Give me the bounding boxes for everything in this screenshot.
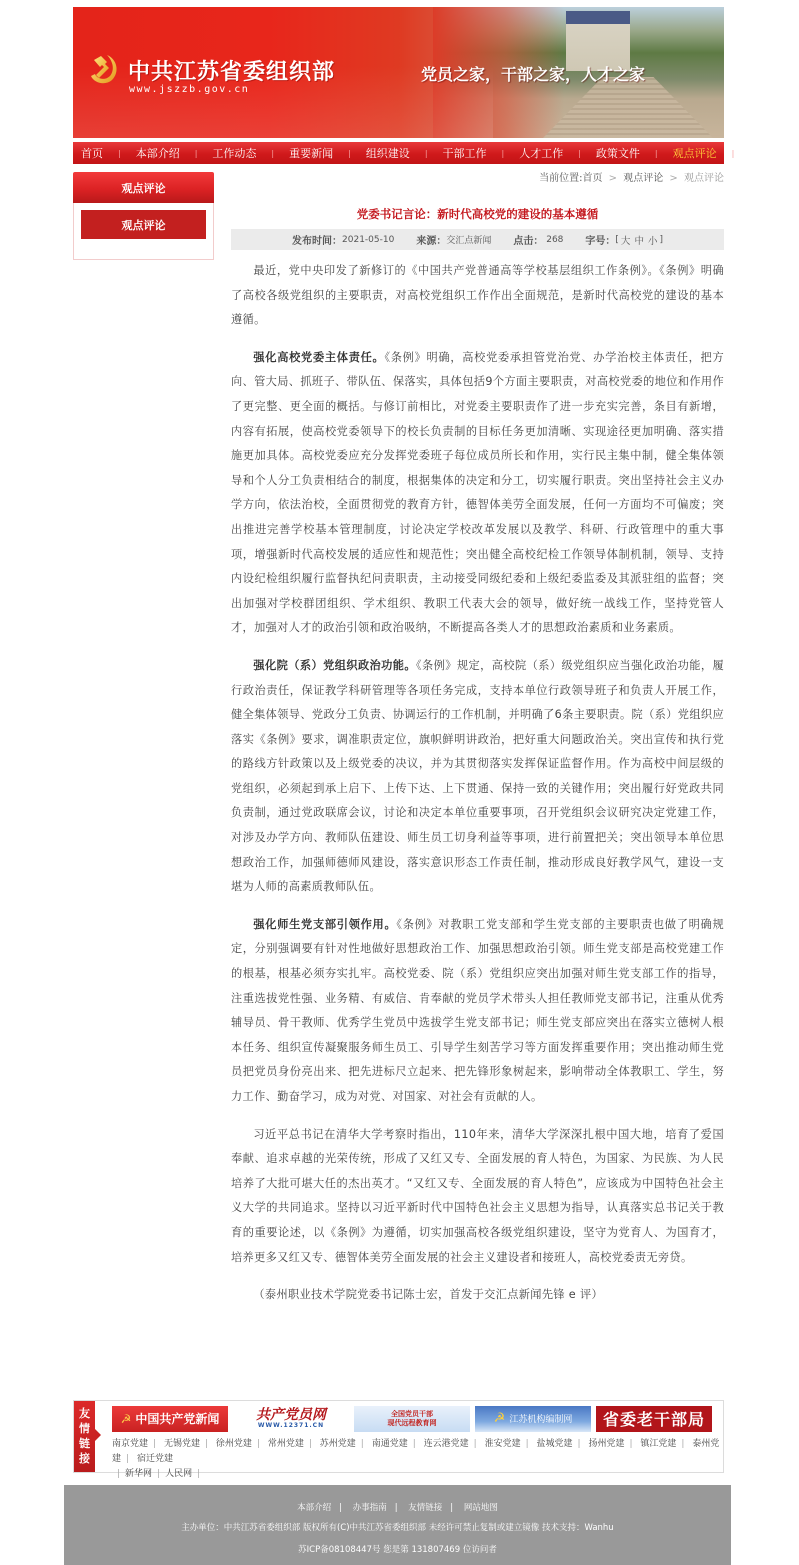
nav-item-policy-docs[interactable]: 政策文件: [596, 145, 640, 161]
hits-count: 268: [546, 235, 563, 245]
logo-link-remote-education[interactable]: 全国党员干部 现代远程教育网: [354, 1406, 470, 1432]
logo-link-cpc-news[interactable]: ☭ 中国共产党新闻: [112, 1406, 228, 1432]
link-separator: |: [205, 1439, 208, 1449]
article-body: 最近，党中央印发了新修订的《中国共产党普通高等学校基层组织工作条例》。《条例》明…: [231, 259, 724, 1308]
nav-separator: |: [502, 149, 505, 158]
site-url: www.jszzb.gov.cn: [129, 84, 249, 95]
nav-separator: |: [732, 149, 735, 158]
footer-separator: |: [395, 1503, 398, 1513]
link-nanjing[interactable]: 南京党建: [112, 1439, 148, 1449]
link-separator: |: [526, 1439, 529, 1449]
link-separator: |: [361, 1439, 364, 1449]
logo-label: 中国共产党新闻: [135, 1410, 219, 1427]
paragraph-lead: 强化师生党支部引领作用。: [253, 918, 396, 931]
link-huaian[interactable]: 淮安党建: [485, 1439, 521, 1449]
footer-links: 本部介绍| 办事指南| 友情链接| 网站地图: [64, 1501, 731, 1513]
breadcrumb: 当前位置:首页 > 观点评论 > 观点评论: [231, 172, 724, 186]
publish-date-label: 发布时间：: [292, 232, 342, 247]
paragraph-text: 最近，党中央印发了新修订的《中国共产党普通高等学校基层组织工作条例》。《条例》明…: [231, 264, 724, 326]
sidebar: 观点评论 观点评论: [73, 172, 214, 1321]
friend-links-tag: 友 情 链 接: [74, 1401, 95, 1472]
paragraph-text: 《条例》规定，高校院（系）级党组织应当强化政治功能，履行政治责任，保证教学科研管…: [231, 659, 724, 893]
link-changzhou[interactable]: 常州党建: [268, 1439, 304, 1449]
paragraph-lead: 强化高校党委主体责任。: [253, 351, 384, 364]
source-value: 交汇点新闻: [446, 233, 491, 246]
link-separator: |: [153, 1439, 156, 1449]
article-title: 党委书记言论：新时代高校党的建设的基本遵循: [231, 206, 724, 222]
nav-item-about[interactable]: 本部介绍: [136, 145, 180, 161]
banner-slogan: 党员之家，干部之家，人才之家: [421, 62, 645, 85]
publish-date: 2021-05-10: [342, 235, 394, 245]
logo-link-jiangsu-staffing[interactable]: ☭ 江苏机构编制网: [475, 1406, 591, 1432]
breadcrumb-separator: >: [609, 173, 617, 184]
link-separator: |: [197, 1469, 200, 1479]
party-emblem-icon: [87, 52, 121, 86]
footer-separator: |: [450, 1503, 453, 1513]
article-paragraph: 强化院（系）党组织政治功能。《条例》规定，高校院（系）级党组织应当强化政治功能，…: [231, 654, 724, 900]
breadcrumb-current: 观点评论: [684, 173, 724, 184]
link-wuxi[interactable]: 无锡党建: [164, 1439, 200, 1449]
nav-item-org-building[interactable]: 组织建设: [366, 145, 410, 161]
logo-sublabel: WWW.12371.CN: [258, 1422, 324, 1430]
nav-separator: |: [655, 149, 658, 158]
visitor-suffix: 位访问者: [463, 1545, 497, 1555]
link-zhenjiang[interactable]: 镇江党建: [640, 1439, 676, 1449]
hits-label: 点击：: [513, 232, 543, 247]
friend-links-body: ☭ 中国共产党新闻 共产党员网 WWW.12371.CN 全国党员干部 现代远程…: [95, 1401, 723, 1472]
footer-separator: |: [339, 1503, 342, 1513]
logo-label: 全国党员干部: [391, 1410, 433, 1419]
nav-separator: |: [118, 149, 121, 158]
visitor-count: 131807469: [411, 1545, 460, 1555]
link-separator: |: [309, 1439, 312, 1449]
logo-link-12371[interactable]: 共产党员网 WWW.12371.CN: [233, 1406, 349, 1432]
link-separator: |: [257, 1439, 260, 1449]
nav-separator: |: [195, 149, 198, 158]
link-separator: |: [629, 1439, 632, 1449]
nav-separator: |: [271, 149, 274, 158]
article-meta-bar: 发布时间：2021-05-10 来源：交汇点新闻 点击： 268 字号： [ 大…: [231, 229, 724, 250]
nav-item-important-news[interactable]: 重要新闻: [289, 145, 333, 161]
paragraph-text: 习近平总书记在清华大学考察时指出，110年来，清华大学深深扎根中国大地，培育了爱…: [231, 1128, 724, 1264]
link-people[interactable]: 人民网: [165, 1469, 192, 1479]
paragraph-lead: 强化院（系）党组织政治功能。: [253, 659, 416, 672]
site-title: 中共江苏省委组织部: [128, 55, 335, 86]
nav-item-cadre-work[interactable]: 干部工作: [443, 145, 487, 161]
link-suqian[interactable]: 宿迁党建: [137, 1454, 173, 1464]
font-size-medium-button[interactable]: 中: [634, 233, 644, 247]
logo-label: 共产党员网: [256, 1408, 326, 1422]
footer-link-sitemap[interactable]: 网站地图: [464, 1503, 498, 1513]
footer-link-guide[interactable]: 办事指南: [353, 1503, 387, 1513]
tag-char: 接: [79, 1451, 90, 1466]
source-label: 来源：: [416, 232, 446, 247]
link-separator: |: [126, 1454, 129, 1464]
footer-link-about[interactable]: 本部介绍: [297, 1503, 331, 1513]
sidebar-item-opinion[interactable]: 观点评论: [81, 210, 206, 239]
paragraph-text: 《条例》对教职工党支部和学生党支部的主要职责也做了明确规定，分别强调要有针对性地…: [231, 918, 724, 1103]
nav-item-talent-work[interactable]: 人才工作: [519, 145, 563, 161]
article-paragraph: 最近，党中央印发了新修订的《中国共产党普通高等学校基层组织工作条例》。《条例》明…: [231, 259, 724, 333]
article-paragraph: 强化高校党委主体责任。《条例》明确，高校党委承担管党治党、办学治校主体责任，把方…: [231, 346, 724, 641]
link-lianyungang[interactable]: 连云港党建: [424, 1439, 469, 1449]
party-emblem-icon: ☭: [121, 1412, 132, 1426]
tag-char: 链: [79, 1436, 90, 1451]
logo-link-retired-cadres-bureau[interactable]: 省委老干部局: [596, 1406, 712, 1432]
nav-item-work-news[interactable]: 工作动态: [212, 145, 256, 161]
font-size-large-button[interactable]: 大: [621, 233, 631, 247]
tag-char: 情: [79, 1421, 90, 1436]
link-separator: |: [117, 1469, 120, 1479]
main-nav: 首页 | 本部介绍 | 工作动态 | 重要新闻 | 组织建设 | 干部工作 | …: [73, 142, 724, 164]
link-separator: |: [681, 1439, 684, 1449]
link-xinhua[interactable]: 新华网: [125, 1469, 152, 1479]
link-yangzhou[interactable]: 扬州党建: [588, 1439, 624, 1449]
font-size-small-button[interactable]: 小: [648, 233, 658, 247]
font-size-label: 字号：: [585, 232, 615, 247]
link-nantong[interactable]: 南通党建: [372, 1439, 408, 1449]
footer-link-friends[interactable]: 友情链接: [408, 1503, 442, 1513]
site-banner: 中共江苏省委组织部 www.jszzb.gov.cn 党员之家，干部之家，人才之…: [73, 7, 724, 138]
article-signature: （泰州职业技术学院党委书记陈士宏，首发于交汇点新闻先锋 e 评）: [231, 1283, 724, 1308]
sidebar-heading: 观点评论: [73, 172, 214, 203]
nav-separator: |: [348, 149, 351, 158]
link-yancheng[interactable]: 盐城党建: [537, 1439, 573, 1449]
link-separator: |: [413, 1439, 416, 1449]
logo-label: 江苏机构编制网: [509, 1412, 572, 1425]
article-paragraph: 强化师生党支部引领作用。《条例》对教职工党支部和学生党支部的主要职责也做了明确规…: [231, 913, 724, 1110]
font-bracket-close: ]: [659, 235, 663, 245]
icp-number[interactable]: 苏ICP备08108447号: [298, 1545, 380, 1555]
text-links: 南京党建| 无锡党建| 徐州党建| 常州党建| 苏州党建| 南通党建| 连云港党…: [112, 1437, 723, 1482]
visitor-prefix: 您是第: [383, 1545, 409, 1555]
article-paragraph: 习近平总书记在清华大学考察时指出，110年来，清华大学深深扎根中国大地，培育了爱…: [231, 1123, 724, 1271]
main-content: 当前位置:首页 > 观点评论 > 观点评论 党委书记言论：新时代高校党的建设的基…: [214, 172, 724, 1321]
party-emblem-icon: ☭: [494, 1411, 506, 1426]
logo-sublabel: 现代远程教育网: [388, 1419, 437, 1428]
breadcrumb-opinion[interactable]: 观点评论: [623, 173, 663, 184]
breadcrumb-separator: >: [669, 173, 677, 184]
nav-item-opinion[interactable]: 观点评论: [673, 145, 717, 161]
breadcrumb-prefix: 当前位置:: [539, 173, 582, 184]
link-xuzhou[interactable]: 徐州党建: [216, 1439, 252, 1449]
font-bracket-open: [: [615, 235, 619, 245]
nav-item-retired-cadres[interactable]: 老干部工作: [749, 145, 799, 161]
nav-item-home[interactable]: 首页: [81, 145, 103, 161]
link-separator: |: [578, 1439, 581, 1449]
tag-char: 友: [79, 1406, 90, 1421]
link-suzhou[interactable]: 苏州党建: [320, 1439, 356, 1449]
breadcrumb-home[interactable]: 首页: [582, 173, 602, 184]
partner-logo-row: ☭ 中国共产党新闻 共产党员网 WWW.12371.CN 全国党员干部 现代远程…: [112, 1406, 723, 1432]
paragraph-text: 《条例》明确，高校党委承担管党治党、办学治校主体责任，把方向、管大局、抓班子、带…: [231, 351, 724, 635]
footer-icp-line: 苏ICP备08108447号 您是第 131807469 位访问者: [64, 1543, 731, 1555]
nav-separator: |: [425, 149, 428, 158]
footer-sponsor: 主办单位：中共江苏省委组织部 版权所有(C)中共江苏省委组织部 未经许可禁止复制…: [64, 1521, 731, 1533]
link-separator: |: [474, 1439, 477, 1449]
friend-links-panel: 友 情 链 接 ☭ 中国共产党新闻 共产党员网 WWW.12371.CN 全国党…: [73, 1400, 724, 1473]
nav-separator: |: [578, 149, 581, 158]
logo-label: 省委老干部局: [603, 1407, 705, 1430]
sidebar-menu: 观点评论: [73, 203, 214, 260]
link-separator: |: [157, 1469, 160, 1479]
